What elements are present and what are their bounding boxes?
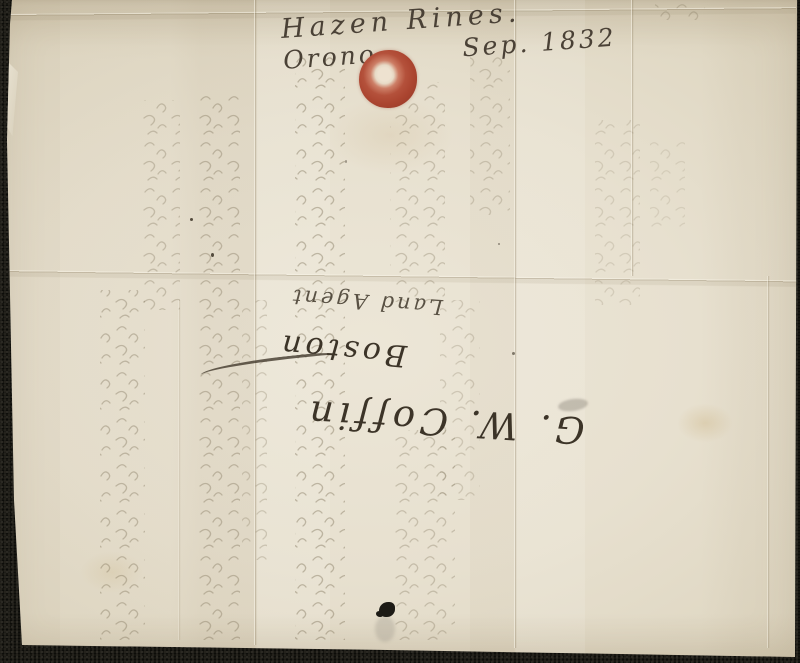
paper-speck [211,253,214,257]
bleedthrough-column [470,55,510,215]
fold-crease-vertical-5 [178,300,181,640]
ink-blot-smear [375,616,395,642]
address-title: Land Agent [237,281,443,319]
bleedthrough-column [650,140,685,230]
bleedthrough-column [100,290,145,640]
bleedthrough-column [395,430,455,640]
photographed-letter: Hazen Rines. OronoSep. 1832 Land Agent B… [0,0,800,663]
fold-crease-vertical-4 [767,276,770,648]
red-wax-seal [359,50,417,108]
docket-annotation: Hazen Rines. OronoSep. 1832 [280,0,618,75]
fold-crease-horizontal [0,270,800,287]
fold-crease-vertical-3 [631,0,634,276]
paper-speck [190,218,193,221]
paper-speck [512,352,515,355]
paper-speck [498,243,500,245]
paper-speck [345,160,347,163]
address-recipient: G. W. Coffin [229,387,586,452]
ink-blot [379,602,395,617]
fold-crease-vertical-1 [254,0,257,645]
fold-crease-vertical-2 [514,0,517,648]
letter-paper: Hazen Rines. OronoSep. 1832 Land Agent B… [0,0,800,663]
bleedthrough-column [390,82,445,302]
